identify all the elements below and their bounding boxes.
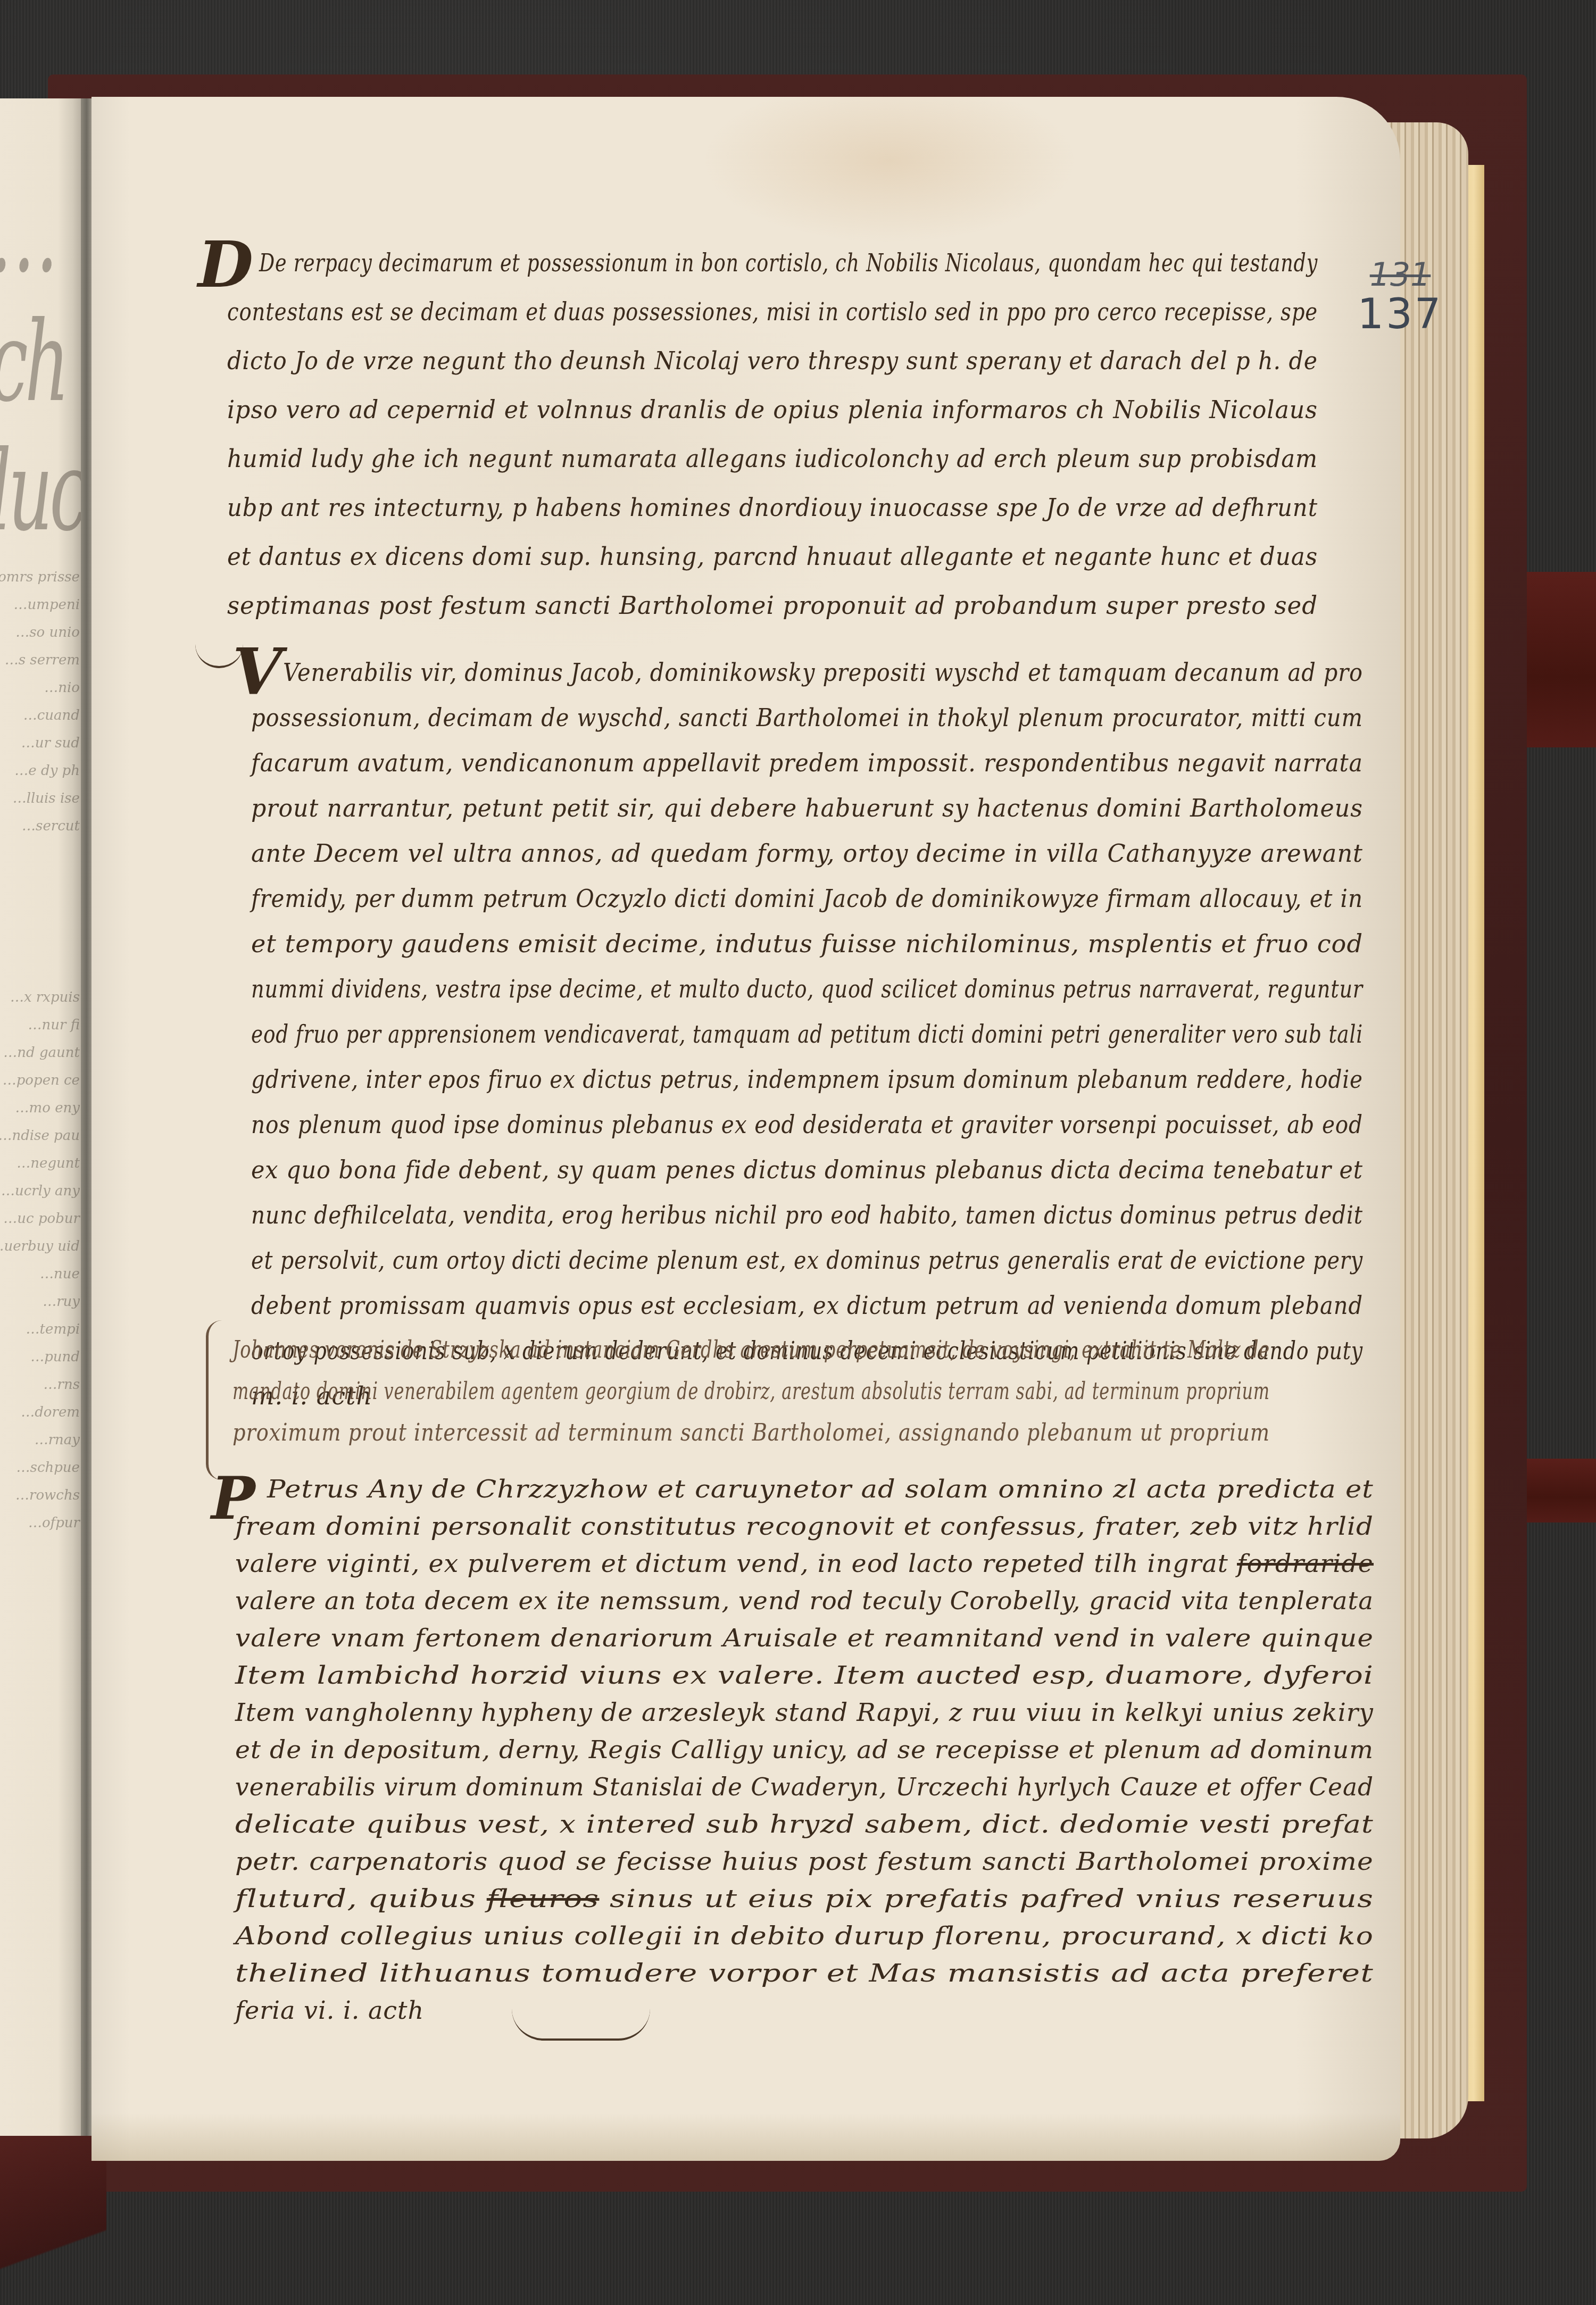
manuscript-line: ipso vero ad cepernid et volnnus dranlis… [227,395,1318,424]
manuscript-line: Johannes voronis de Strzyzska ad instanc… [232,1336,1270,1363]
left-page-line: …s serrem [0,650,80,671]
manuscript-line: gdrivene, inter epos firuo ex dictus pet… [251,1065,1363,1094]
manuscript-line: nos plenum quod ipse dominus plebanus ex… [251,1110,1363,1139]
left-page-line: …ur sud [0,733,80,754]
left-page-line: …nur fi [0,1014,80,1036]
manuscript-line: fream domini personalit constitutus reco… [235,1512,1374,1541]
manuscript-line: et dantus ex dicens domi sup. hunsing, p… [227,542,1318,571]
left-page-line: …uc pobur [0,1208,80,1229]
left-page-line: …so unio [0,622,80,643]
folio-current: 137 [1342,290,1459,338]
left-page-line: …tuomrs prisse [0,567,80,588]
initial-letter: D [198,227,253,302]
manuscript-line: fremidy, per dumm petrum Oczyzlo dicti d… [251,884,1363,913]
manuscript-line: possessionum, decimam de wyschd, sancti … [251,703,1363,732]
manuscript-line: contestans est se decimam et duas posses… [227,297,1318,326]
manuscript-line: mandato domini venerabilem agentem georg… [232,1378,1270,1405]
manuscript-line: Petrus Any de Chrzzyzhow et caruynetor a… [267,1475,1374,1503]
manuscript-line: fluturd, quibus fleuros sinus ut eius pi… [235,1884,1374,1913]
left-page-line: …ruy [0,1291,80,1312]
left-page-line: …schpue [0,1457,80,1478]
left-page-line: …ofpur [0,1512,80,1534]
left-page-line: …e dy ph [0,760,80,781]
left-page-heading: …ch luch [0,168,82,556]
manuscript-line: facarum avatum, vendicanonum appellavit … [251,748,1363,777]
manuscript-line: et de in depositum, derny, Regis Calligy… [235,1735,1374,1764]
manuscript-line: nunc defhilcelata, vendita, erog heribus… [251,1201,1363,1229]
manuscript-line: humid ludy ghe ich negunt numarata alleg… [227,444,1318,473]
left-page-line: …mo eny [0,1097,80,1119]
left-page-line: …nue [0,1263,80,1285]
manuscript-line: ubp ant res intecturny, p habens homines… [227,493,1318,522]
manuscript-line: valere vnam fertonem denariorum Aruisale… [235,1624,1374,1652]
clasp-strap-top [1527,572,1596,747]
left-page-line: …nio [0,677,80,698]
left-page-line: …pund [0,1346,80,1368]
left-page-line: …lluis ise [0,788,80,809]
manuscript-line: petr. carpenatoris quod se fecisse huius… [235,1847,1374,1876]
manuscript-line: Item vangholenny hypheny de arzesleyk st… [235,1698,1374,1727]
left-page-line: …negunt [0,1153,80,1174]
manuscript-line: valere viginti, ex pulverem et dictum ve… [235,1549,1374,1578]
manuscript-line: thelined lithuanus tomudere vorpor et Ma… [235,1959,1374,1987]
left-page-line: …sercut [0,816,80,837]
folio-number: 131 137 [1342,256,1459,338]
left-page-line: …nd gaunt [0,1042,80,1063]
left-page-line: …ndise pau [0,1125,80,1146]
manuscript-line: et tempory gaudens emisit decime, indutu… [251,929,1363,958]
manuscript-line: septimanas post festum sancti Bartholome… [227,591,1318,620]
manuscript-line: Item lambichd horzid viuns ex valere. It… [235,1661,1374,1690]
manuscript-line: Abond collegius unius collegii in debito… [235,1921,1374,1950]
left-page-line: …cuand [0,705,80,726]
left-page-line: …rnay [0,1429,80,1451]
left-page-line: …ucrly any [0,1180,80,1202]
manuscript-line: proximum prout intercessit ad terminum s… [232,1419,1270,1446]
folio-old-crossed: 131 [1342,256,1459,294]
left-page-line: …x rxpuis [0,987,80,1008]
manuscript-line: ante Decem vel ultra annos, ad quedam fo… [251,839,1363,868]
left-page-line: …uerbuy uid [0,1236,80,1257]
manuscript-line: nummi dividens, vestra ipse decime, et m… [251,975,1363,1003]
manuscript-line: delicate quibus vest, x intered sub hryz… [235,1810,1374,1838]
left-page-line: …tempi [0,1319,80,1340]
note-bracket [206,1320,230,1480]
struck-word: fordraride [1237,1549,1374,1578]
left-page-line: …popen ce [0,1070,80,1091]
manuscript-line: venerabilis virum dominum Stanislai de C… [235,1773,1374,1801]
left-page-line: …rowchs [0,1485,80,1506]
left-page-line: …dorem [0,1402,80,1423]
manuscript-line: Venerabilis vir, dominus Jacob, dominiko… [283,658,1363,687]
manuscript-line: valere an tota decem ex ite nemssum, ven… [235,1586,1374,1615]
closing-flourish [512,2007,650,2041]
left-page-line: …rns [0,1374,80,1395]
manuscript-line: et persolvit, cum ortoy dicti decime ple… [251,1246,1363,1275]
manuscript-line: debent promissam quamvis opus est eccles… [251,1291,1363,1320]
manuscript-page: 131 137 D De rerpacy decimarum et posses… [92,97,1400,2161]
left-page-line: …umpeni [0,594,80,615]
manuscript-line: eod fruo per apprensionem vendicaverat, … [251,1020,1363,1049]
struck-word: fleuros [487,1884,600,1913]
manuscript-line: De rerpacy decimarum et possessionum in … [259,248,1318,277]
manuscript-line: prout narrantur, petunt petit sir, qui d… [251,794,1363,822]
manuscript-line: dicto Jo de vrze negunt tho deunsh Nicol… [227,346,1318,375]
manuscript-line: feria vi. i. acth [235,1996,424,2025]
gutter-spine [81,98,93,2136]
left-page: …ch luch …tuomrs prisse…umpeni…so unio…s… [0,98,82,2136]
clasp-strap-bottom [1527,1459,1596,1522]
manuscript-line: ex quo bona fide debent, sy quam penes d… [251,1155,1363,1184]
